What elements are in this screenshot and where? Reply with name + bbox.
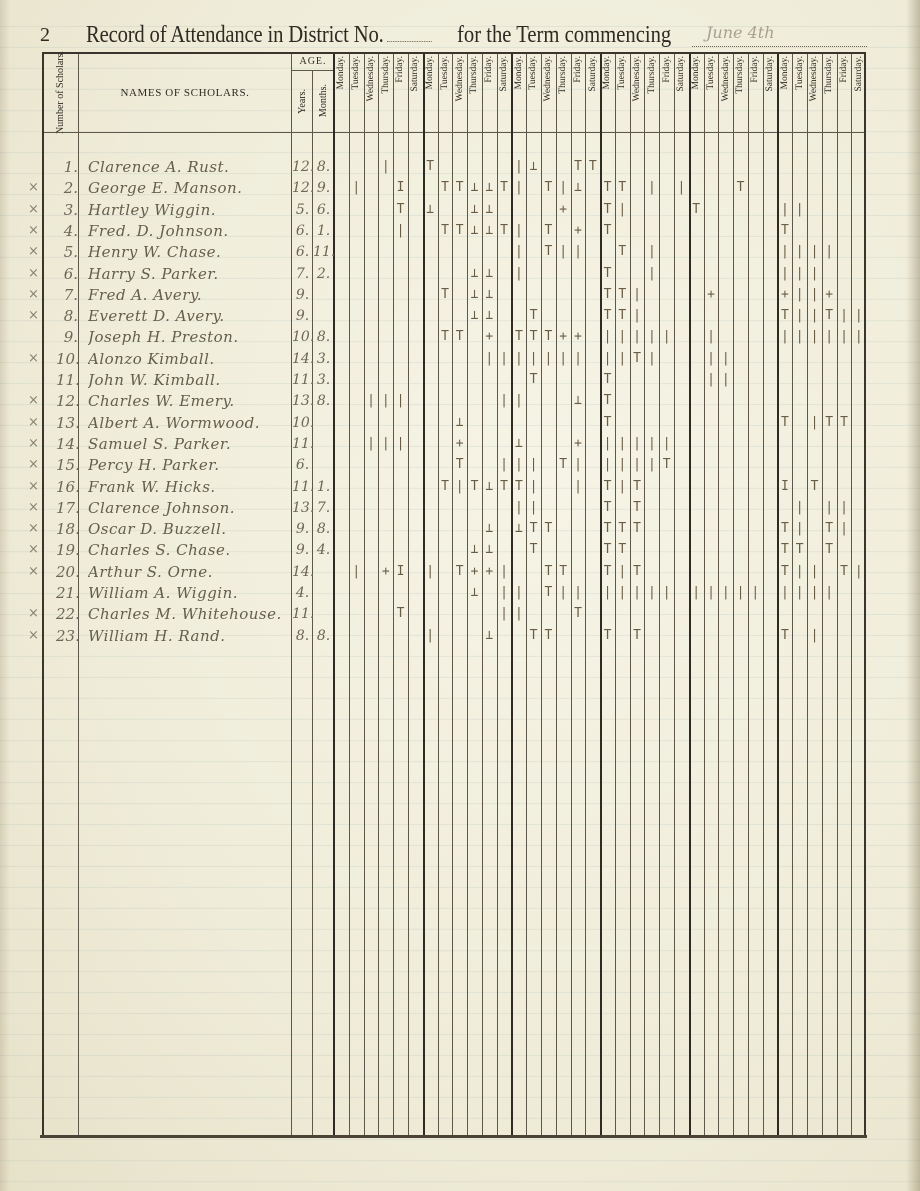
attendance-mark: T (615, 308, 629, 323)
age-years: 6. (292, 244, 313, 260)
header-months: Months. (313, 71, 334, 131)
table-row: ×6.Harry S. Parker.7.2. (44, 264, 864, 285)
attendance-mark: | (527, 457, 541, 472)
page-title: Record of Attendance in District No. (86, 22, 435, 49)
attendance-mark: T (837, 415, 851, 430)
age-months: 8. (313, 393, 334, 409)
day-header-thursday: Thursday. (557, 56, 571, 130)
age-years: 9. (292, 521, 313, 537)
age-months: 8. (313, 159, 334, 175)
attendance-mark: T (527, 372, 541, 387)
scholar-number: 1. (56, 158, 78, 176)
attendance-mark: | (482, 351, 496, 366)
attendance-mark: T (601, 393, 615, 408)
attendance-mark: T (541, 180, 555, 195)
attendance-mark: ⊥ (482, 479, 496, 494)
day-header-thursday: Thursday. (734, 56, 748, 130)
attendance-mark: | (394, 436, 408, 451)
attendance-mark: | (852, 329, 866, 344)
attendance-mark: I (394, 564, 408, 579)
attendance-mark: ⊥ (453, 415, 467, 430)
attendance-mark: | (645, 436, 659, 451)
title-text: Record of Attendance in District No. (86, 22, 384, 48)
attendance-mark: T (837, 564, 851, 579)
attendance-mark: T (630, 564, 644, 579)
day-header-text: Friday. (750, 56, 761, 83)
attendance-mark: | (660, 329, 674, 344)
day-header-monday: Monday. (335, 56, 349, 130)
header-age: AGE. (292, 56, 334, 70)
attendance-mark: T (778, 308, 792, 323)
attendance-mark: ⊥ (482, 287, 496, 302)
page-right-edge (906, 0, 920, 1191)
day-header-tuesday: Tuesday. (793, 56, 807, 130)
attendance-mark: ⊥ (423, 202, 437, 217)
day-header-text: Tuesday. (795, 56, 806, 90)
attendance-mark: | (778, 585, 792, 600)
attendance-mark: I (394, 180, 408, 195)
attendance-mark: | (497, 393, 511, 408)
age-years: 9. (292, 287, 313, 303)
term-commencing-value: June 4th (692, 23, 867, 47)
table-row: ×23.William H. Rand.8.8. (44, 626, 864, 647)
attendance-mark: T (512, 479, 526, 494)
age-years: 11. (292, 479, 313, 495)
check-mark-icon: × (28, 202, 39, 217)
scholar-name: Arthur S. Orne. (88, 563, 293, 581)
day-header-text: Monday. (514, 56, 525, 89)
attendance-mark: T (778, 415, 792, 430)
scholar-name: Everett D. Avery. (88, 307, 293, 325)
attendance-mark: T (586, 159, 600, 174)
attendance-mark: T (541, 628, 555, 643)
attendance-mark: | (512, 606, 526, 621)
age-years: 12. (292, 180, 313, 196)
attendance-mark: | (808, 266, 822, 281)
header-years-text: Years. (298, 89, 308, 114)
attendance-mark: | (527, 479, 541, 494)
attendance-mark: T (689, 202, 703, 217)
attendance-mark: | (512, 223, 526, 238)
day-header-monday: Monday. (512, 56, 526, 130)
attendance-mark: | (497, 351, 511, 366)
attendance-mark: | (822, 500, 836, 515)
day-header-text: Wednesday. (632, 56, 643, 101)
attendance-mark: ⊥ (482, 180, 496, 195)
attendance-mark: | (808, 628, 822, 643)
attendance-mark: | (793, 287, 807, 302)
attendance-mark: | (601, 457, 615, 472)
day-header-text: Thursday. (647, 56, 658, 94)
attendance-mark: | (734, 585, 748, 600)
attendance-mark: T (527, 308, 541, 323)
attendance-mark: + (379, 564, 393, 579)
attendance-mark: T (822, 415, 836, 430)
attendance-mark: | (571, 457, 585, 472)
scholar-name: Clarence Johnson. (88, 499, 293, 517)
scholar-number: 22. (56, 605, 78, 623)
attendance-mark: T (660, 457, 674, 472)
attendance-mark: | (556, 244, 570, 259)
age-years: 11. (292, 372, 313, 388)
attendance-mark: T (394, 202, 408, 217)
scholar-number: 20. (56, 563, 78, 581)
attendance-mark: | (689, 585, 703, 600)
age-months: 3. (313, 351, 334, 367)
attendance-mark: | (556, 180, 570, 195)
attendance-mark: T (527, 542, 541, 557)
scholar-name: Alonzo Kimball. (88, 350, 293, 368)
age-years: 10. (292, 329, 313, 345)
attendance-mark: ⊥ (482, 223, 496, 238)
attendance-mark: T (630, 628, 644, 643)
attendance-mark: T (438, 180, 452, 195)
attendance-mark: ⊥ (512, 436, 526, 451)
attendance-mark: | (349, 564, 363, 579)
day-header-text: Friday. (839, 56, 850, 83)
attendance-mark: T (601, 542, 615, 557)
attendance-mark: T (468, 479, 482, 494)
check-mark-icon: × (28, 457, 39, 472)
age-years: 11. (292, 606, 313, 622)
attendance-mark: T (571, 606, 585, 621)
day-header-text: Tuesday. (528, 56, 539, 90)
attendance-mark: | (704, 585, 718, 600)
attendance-mark: | (512, 351, 526, 366)
attendance-mark: | (512, 500, 526, 515)
attendance-mark: T (822, 542, 836, 557)
age-years: 11. (292, 436, 313, 452)
day-header-friday: Friday. (483, 56, 497, 130)
age-years: 8. (292, 628, 313, 644)
attendance-mark: T (497, 479, 511, 494)
attendance-mark: T (601, 266, 615, 281)
attendance-mark: T (453, 564, 467, 579)
check-mark-icon: × (28, 244, 39, 259)
attendance-mark: T (630, 500, 644, 515)
attendance-mark: | (512, 457, 526, 472)
attendance-mark: ⊥ (512, 521, 526, 536)
attendance-mark: | (674, 180, 688, 195)
header-number-of-scholars: Number of Scholars. (44, 54, 78, 132)
attendance-mark: | (615, 479, 629, 494)
attendance-mark: T (778, 564, 792, 579)
age-years: 10. (292, 415, 313, 431)
attendance-mark: | (615, 457, 629, 472)
attendance-mark: T (601, 308, 615, 323)
header-months-text: Months. (319, 84, 329, 117)
attendance-mark: | (630, 457, 644, 472)
attendance-mark: T (615, 244, 629, 259)
attendance-mark: | (394, 393, 408, 408)
scholar-name: Charles M. Whitehouse. (88, 605, 293, 623)
attendance-mark: T (541, 585, 555, 600)
attendance-mark: | (852, 564, 866, 579)
attendance-mark: ⊥ (482, 202, 496, 217)
attendance-mark: + (453, 436, 467, 451)
attendance-mark: | (630, 308, 644, 323)
attendance-mark: T (601, 500, 615, 515)
attendance-mark: T (601, 202, 615, 217)
attendance-mark: | (615, 329, 629, 344)
table-row: ×3.Hartley Wiggin.5.6. (44, 200, 864, 221)
attendance-mark: T (571, 159, 585, 174)
attendance-mark: | (808, 244, 822, 259)
attendance-mark: | (601, 585, 615, 600)
attendance-mark: | (704, 351, 718, 366)
attendance-mark: ⊥ (468, 585, 482, 600)
attendance-mark: T (778, 628, 792, 643)
attendance-mark: T (615, 521, 629, 536)
attendance-mark: | (719, 351, 733, 366)
attendance-mark: T (778, 223, 792, 238)
attendance-mark: T (497, 180, 511, 195)
day-header-text: Tuesday. (617, 56, 628, 90)
attendance-mark: | (793, 308, 807, 323)
attendance-mark: | (615, 436, 629, 451)
age-months: 2. (313, 266, 334, 282)
attendance-mark: T (615, 287, 629, 302)
attendance-mark: | (837, 521, 851, 536)
attendance-mark: | (556, 585, 570, 600)
attendance-mark: T (601, 415, 615, 430)
age-years: 13. (292, 500, 313, 516)
attendance-mark: T (601, 372, 615, 387)
attendance-mark: T (527, 329, 541, 344)
age-years: 9. (292, 308, 313, 324)
attendance-mark: ⊥ (468, 180, 482, 195)
header-number-of-scholars-text: Number of Scholars. (56, 51, 66, 134)
attendance-mark: T (793, 542, 807, 557)
attendance-mark: ⊥ (468, 287, 482, 302)
day-header-wednesday: Wednesday. (808, 56, 822, 130)
check-mark-icon: × (28, 542, 39, 557)
day-header-tuesday: Tuesday. (439, 56, 453, 130)
scholar-number: 2. (56, 179, 78, 197)
day-header-friday: Friday. (394, 56, 408, 130)
scholar-number: 8. (56, 307, 78, 325)
attendance-mark: | (615, 564, 629, 579)
age-years: 6. (292, 223, 313, 239)
attendance-mark: T (423, 159, 437, 174)
attendance-mark: + (822, 287, 836, 302)
day-header-text: Thursday. (558, 56, 569, 94)
scholar-name: Hartley Wiggin. (88, 201, 293, 219)
attendance-mark: | (793, 564, 807, 579)
attendance-mark: | (837, 308, 851, 323)
attendance-mark: | (808, 415, 822, 430)
attendance-mark: T (601, 223, 615, 238)
attendance-mark: T (630, 479, 644, 494)
attendance-mark: ⊥ (482, 308, 496, 323)
attendance-mark: | (645, 585, 659, 600)
age-years: 9. (292, 542, 313, 558)
attendance-mark: | (615, 202, 629, 217)
attendance-mark: | (719, 585, 733, 600)
check-mark-icon: × (28, 180, 39, 195)
attendance-mark: | (512, 159, 526, 174)
day-header-text: Friday. (484, 56, 495, 83)
day-header-text: Thursday. (381, 56, 392, 94)
attendance-mark: | (660, 436, 674, 451)
attendance-mark: ⊥ (482, 266, 496, 281)
check-mark-icon: × (28, 479, 39, 494)
check-mark-icon: × (28, 351, 39, 366)
attendance-mark: | (808, 308, 822, 323)
attendance-mark: | (630, 585, 644, 600)
scholar-name: Oscar D. Buzzell. (88, 520, 293, 538)
attendance-mark: | (571, 585, 585, 600)
scholar-number: 17. (56, 499, 78, 517)
attendance-mark: | (497, 585, 511, 600)
day-header-text: Wednesday. (455, 56, 466, 101)
age-months: 8. (313, 521, 334, 537)
attendance-mark: | (630, 436, 644, 451)
attendance-mark: T (541, 223, 555, 238)
attendance-mark: | (704, 329, 718, 344)
attendance-mark: | (601, 351, 615, 366)
attendance-mark: T (822, 308, 836, 323)
attendance-mark: ⊥ (482, 521, 496, 536)
attendance-mark: | (837, 500, 851, 515)
header-bottom-rule (44, 132, 864, 133)
attendance-mark: + (468, 564, 482, 579)
attendance-mark: | (852, 308, 866, 323)
attendance-mark: T (601, 479, 615, 494)
attendance-mark: T (778, 521, 792, 536)
attendance-mark: | (719, 372, 733, 387)
attendance-mark: | (556, 351, 570, 366)
table-row: ×8.Everett D. Avery.9. (44, 306, 864, 327)
check-mark-icon: × (28, 287, 39, 302)
scholar-name: Percy H. Parker. (88, 456, 293, 474)
day-header-wednesday: Wednesday. (365, 56, 379, 130)
attendance-mark: T (630, 521, 644, 536)
attendance-mark: + (482, 329, 496, 344)
attendance-mark: T (453, 180, 467, 195)
attendance-mark: | (793, 244, 807, 259)
day-header-text: Tuesday. (706, 56, 717, 90)
scholar-name: William A. Wiggin. (88, 584, 293, 602)
attendance-mark: T (453, 223, 467, 238)
scholar-number: 3. (56, 201, 78, 219)
day-header-thursday: Thursday. (468, 56, 482, 130)
scholar-number: 21. (56, 584, 78, 602)
attendance-mark: | (527, 500, 541, 515)
attendance-mark: + (778, 287, 792, 302)
attendance-mark: | (349, 180, 363, 195)
attendance-mark: | (630, 329, 644, 344)
age-months: 11. (313, 244, 334, 260)
day-header-text: Monday. (602, 56, 613, 89)
attendance-mark: | (748, 585, 762, 600)
check-mark-icon: × (28, 564, 39, 579)
attendance-mark: | (630, 287, 644, 302)
age-months: 1. (313, 223, 334, 239)
attendance-mark: | (808, 564, 822, 579)
check-mark-icon: × (28, 500, 39, 515)
day-header-text: Saturday. (765, 56, 776, 92)
scholar-number: 10. (56, 350, 78, 368)
day-header-wednesday: Wednesday. (631, 56, 645, 130)
header-years: Years. (292, 71, 313, 131)
attendance-mark: ⊥ (482, 542, 496, 557)
attendance-mark: | (379, 436, 393, 451)
attendance-mark: T (512, 329, 526, 344)
attendance-mark: | (364, 436, 378, 451)
scholar-number: 7. (56, 286, 78, 304)
attendance-mark: + (556, 202, 570, 217)
attendance-mark: | (512, 180, 526, 195)
day-header-thursday: Thursday. (645, 56, 659, 130)
attendance-mark: | (512, 266, 526, 281)
day-header-text: Saturday. (676, 56, 687, 92)
attendance-mark: T (601, 521, 615, 536)
scholar-name: John W. Kimball. (88, 371, 293, 389)
district-number-blank (387, 41, 432, 42)
attendance-mark: | (837, 329, 851, 344)
attendance-table: Number of Scholars. NAMES OF SCHOLARS. A… (42, 52, 866, 1137)
table-row: ×18.Oscar D. Buzzell.9.8. (44, 519, 864, 540)
day-header-text: Wednesday. (809, 56, 820, 101)
scholar-name: Fred. D. Johnson. (88, 222, 293, 240)
page-number: 2 (40, 24, 50, 47)
day-header-text: Monday. (336, 56, 347, 89)
attendance-mark: T (497, 223, 511, 238)
attendance-mark: | (497, 606, 511, 621)
day-header-text: Friday. (662, 56, 673, 83)
day-header-monday: Monday. (690, 56, 704, 130)
attendance-mark: | (615, 351, 629, 366)
attendance-mark: ⊥ (468, 308, 482, 323)
age-months: 9. (313, 180, 334, 196)
attendance-mark: T (808, 479, 822, 494)
attendance-mark: | (379, 393, 393, 408)
day-header-text: Wednesday. (366, 56, 377, 101)
attendance-mark: | (527, 351, 541, 366)
attendance-mark: T (438, 329, 452, 344)
attendance-mark: ⊥ (571, 393, 585, 408)
attendance-mark: | (793, 500, 807, 515)
day-header-text: Thursday. (824, 56, 835, 94)
attendance-mark: T (601, 180, 615, 195)
check-mark-icon: × (28, 436, 39, 451)
attendance-mark: | (822, 244, 836, 259)
attendance-mark: T (541, 564, 555, 579)
attendance-mark: | (423, 628, 437, 643)
scholar-name: Harry S. Parker. (88, 265, 293, 283)
attendance-mark: | (512, 244, 526, 259)
attendance-mark: T (541, 244, 555, 259)
attendance-mark: | (645, 244, 659, 259)
table-row: ×5.Henry W. Chase.6.11. (44, 242, 864, 263)
day-header-saturday: Saturday. (852, 56, 866, 130)
attendance-mark: | (778, 266, 792, 281)
term-label: for the Term commencing (457, 22, 671, 49)
age-months: 6. (313, 202, 334, 218)
day-header-text: Saturday. (854, 56, 865, 92)
day-header-text: Tuesday. (440, 56, 451, 90)
attendance-mark: | (793, 266, 807, 281)
attendance-mark: T (556, 457, 570, 472)
attendance-mark: | (571, 244, 585, 259)
day-header-saturday: Saturday. (764, 56, 778, 130)
scholar-number: 6. (56, 265, 78, 283)
attendance-mark: | (512, 393, 526, 408)
table-row: ×22.Charles M. Whitehouse.11. (44, 604, 864, 625)
table-row: 11.John W. Kimball.11.3. (44, 370, 864, 391)
day-header-text: Thursday. (469, 56, 480, 94)
